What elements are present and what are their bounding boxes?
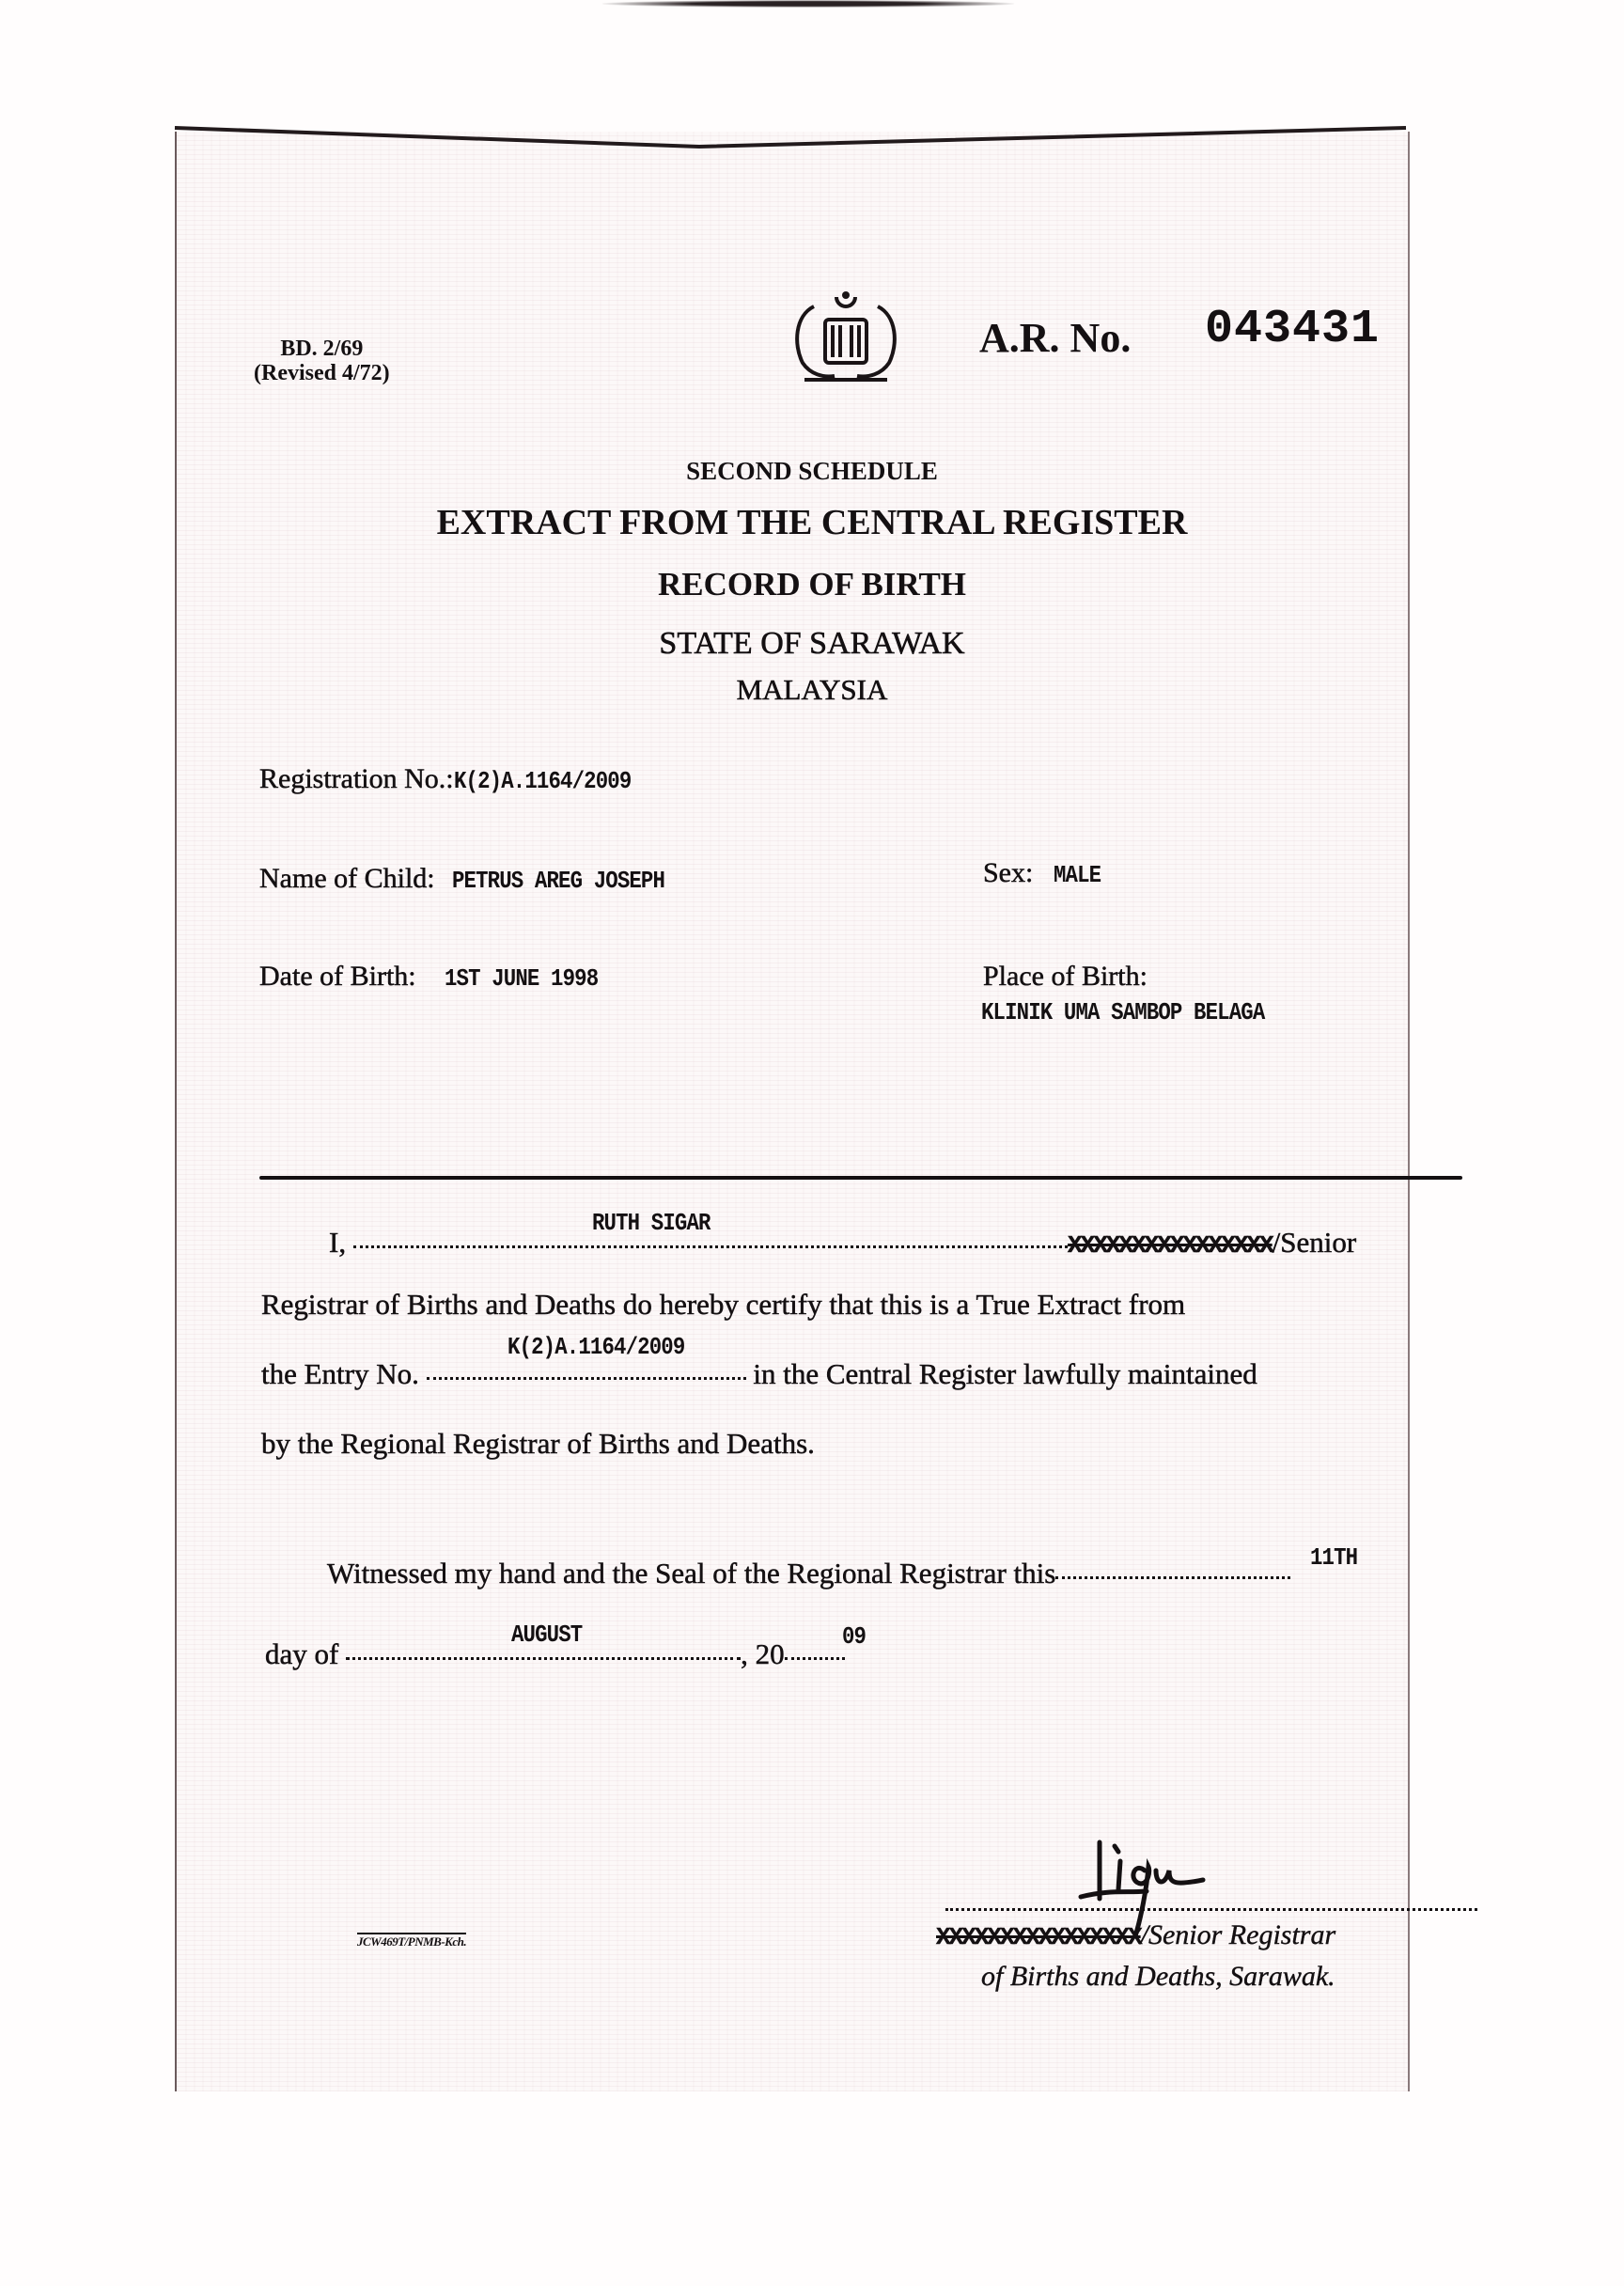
cert-line-1: I, xyxy=(329,1226,1068,1260)
day-dotted-line xyxy=(1055,1576,1290,1579)
year-dotted-line xyxy=(785,1657,845,1660)
struck-out-signatory: XXXXXXXXXXXXXXXX xyxy=(936,1923,1141,1951)
cert-line-1-end: XXXXXXXXXXXXXXXX/Senior xyxy=(1068,1226,1356,1260)
section-divider xyxy=(259,1176,1462,1180)
printer-code: JCW469T/PNMB-Kch. xyxy=(357,1933,466,1949)
dob-label: Date of Birth: xyxy=(259,961,416,992)
form-number: BD. 2/69 xyxy=(254,337,390,361)
paper-top-edge xyxy=(173,122,1410,150)
struck-out-title: XXXXXXXXXXXXXXXX xyxy=(1068,1231,1273,1260)
form-code: BD. 2/69 (Revised 4/72) xyxy=(254,337,390,385)
child-name-row: Name of Child: PETRUS AREG JOSEPH xyxy=(259,863,699,895)
document-title: EXTRACT FROM THE CENTRAL REGISTER xyxy=(0,502,1624,543)
registration-row: Registration No.:K(2)A.1164/2009 xyxy=(259,763,660,795)
signature-dotted-line xyxy=(945,1908,1477,1911)
cert-line-2: Registrar of Births and Deaths do hereby… xyxy=(261,1288,1185,1322)
clipboard-clip-shadow xyxy=(601,0,1015,8)
country-heading: MALAYSIA xyxy=(0,673,1624,707)
state-heading: STATE OF SARAWAK xyxy=(0,626,1624,662)
day-of-label: day of xyxy=(265,1637,338,1670)
ar-label: A.R. No. xyxy=(979,314,1131,362)
pob-label: Place of Birth: xyxy=(983,961,1148,993)
ar-number: 043431 xyxy=(1205,303,1380,356)
name-dotted-line xyxy=(353,1245,1068,1248)
cert-line-4: by the Regional Registrar of Births and … xyxy=(261,1427,815,1461)
signatory-role: /Senior Registrar xyxy=(1141,1919,1336,1950)
sex-label: Sex: xyxy=(983,857,1033,888)
cert-line-3: the Entry No. in the Central Register la… xyxy=(261,1357,1257,1391)
form-revision: (Revised 4/72) xyxy=(254,361,390,385)
entry-no-label: the Entry No. xyxy=(261,1357,419,1390)
dob-value: 1ST JUNE 1998 xyxy=(445,964,598,993)
sex-value: MALE xyxy=(1054,861,1101,889)
dob-row: Date of Birth: 1ST JUNE 1998 xyxy=(259,961,622,993)
witness-line: Witnessed my hand and the Seal of the Re… xyxy=(327,1557,1290,1590)
day-value: 11TH xyxy=(1310,1543,1357,1572)
certificate-paper xyxy=(175,132,1410,2091)
signatory-title-line-2: of Births and Deaths, Sarawak. xyxy=(981,1961,1335,1993)
month-dotted-line xyxy=(346,1657,741,1660)
day-of-line: day of , 20 xyxy=(265,1637,845,1671)
year-prefix: , 20 xyxy=(741,1637,785,1670)
child-name-label: Name of Child: xyxy=(259,863,435,894)
senior-label: /Senior xyxy=(1273,1226,1357,1259)
witness-text: Witnessed my hand and the Seal of the Re… xyxy=(327,1557,1055,1589)
entry-dotted-line xyxy=(427,1377,746,1380)
document-subtitle: RECORD OF BIRTH xyxy=(0,566,1624,603)
signatory-title: XXXXXXXXXXXXXXXX/Senior Registrar xyxy=(936,1919,1335,1951)
child-name-value: PETRUS AREG JOSEPH xyxy=(452,867,664,895)
registration-label: Registration No.: xyxy=(259,763,454,794)
sex-row: Sex: MALE xyxy=(983,857,1109,889)
coat-of-arms-icon xyxy=(776,288,915,391)
schedule-heading: SECOND SCHEDULE xyxy=(0,457,1624,486)
entry-suffix: in the Central Register lawfully maintai… xyxy=(753,1357,1257,1390)
registration-value: K(2)A.1164/2009 xyxy=(454,767,631,795)
year-value: 09 xyxy=(842,1622,866,1651)
pob-value: KLINIK UMA SAMBOP BELAGA xyxy=(981,998,1264,1026)
cert-prefix: I, xyxy=(329,1226,346,1259)
